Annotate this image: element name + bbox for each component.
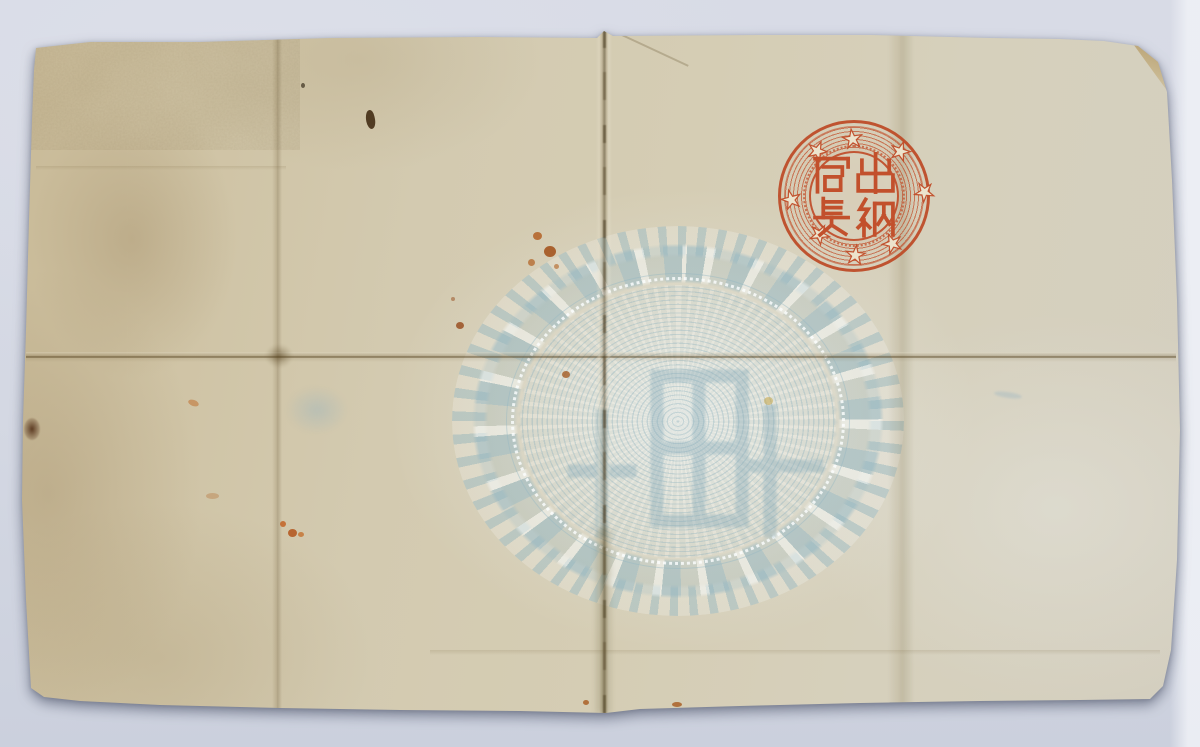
banknote: ★ ★ ★ ★ ★ ★ ★ ★ [0, 0, 1200, 747]
photo-backdrop: 出納局長 [0, 0, 1200, 747]
banknote-shadow-wrap: ★ ★ ★ ★ ★ ★ ★ ★ [0, 0, 1200, 747]
edge-vignette [0, 0, 1200, 747]
